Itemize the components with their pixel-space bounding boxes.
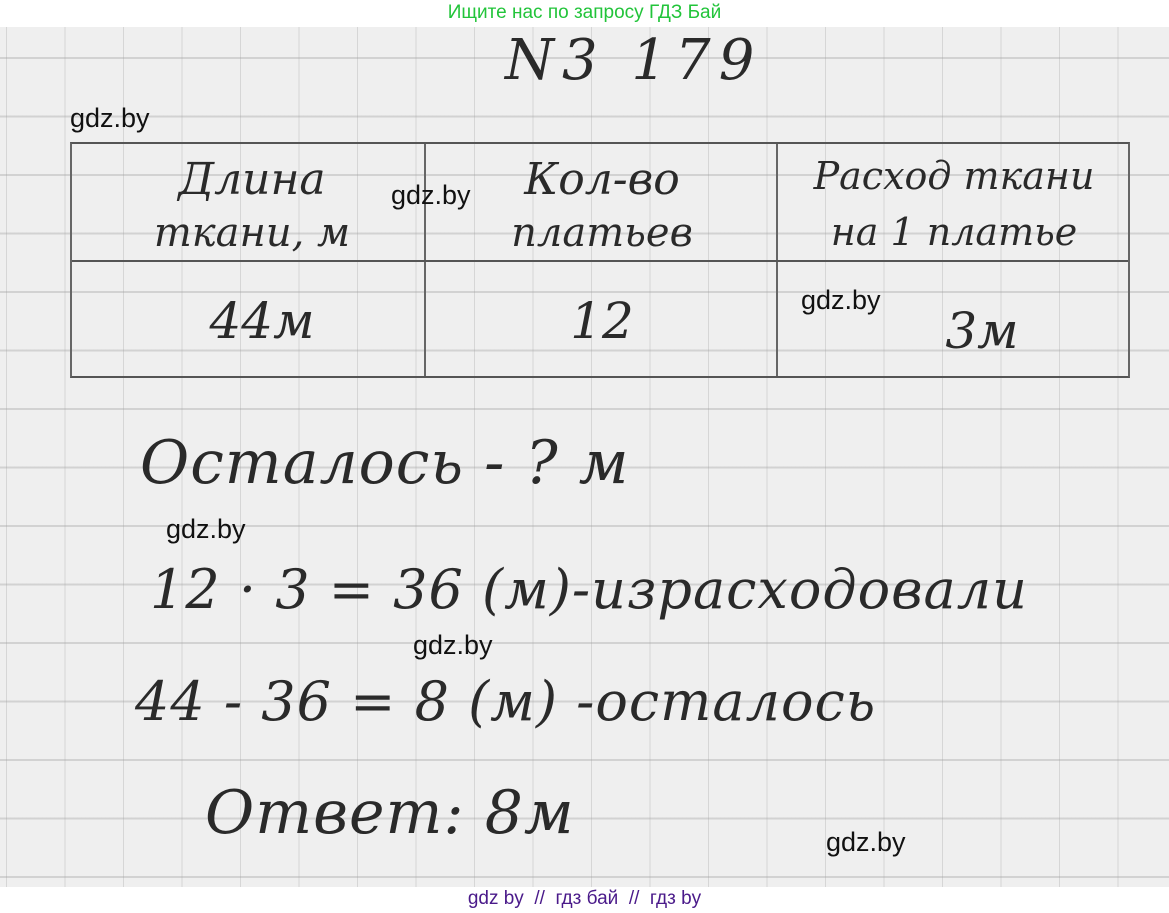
header-count-line1: Кол-во bbox=[442, 154, 762, 205]
header-length-line2: ткани, м bbox=[92, 210, 412, 256]
solution-step-2: 44 - 36 = 8 (м) -осталось bbox=[135, 670, 876, 733]
header-usage-line1: Расход ткани bbox=[784, 154, 1124, 198]
question-text: Осталось - ? м bbox=[140, 428, 629, 498]
watermark: gdz.by bbox=[166, 514, 246, 544]
header-count-line2: платьев bbox=[442, 210, 762, 256]
header-length-line1: Длина bbox=[92, 154, 412, 205]
watermark: gdz.by bbox=[391, 180, 471, 210]
bottom-banner: gdz by // гдз бай // гдз by bbox=[0, 887, 1169, 913]
table-row-divider bbox=[72, 260, 1128, 262]
value-length: 44м bbox=[132, 292, 392, 350]
watermark: gdz.by bbox=[70, 103, 150, 133]
header-usage-line2: на 1 платье bbox=[784, 210, 1124, 254]
answer-text: Ответ: 8м bbox=[205, 778, 575, 848]
value-usage: 3м bbox=[852, 302, 1112, 360]
data-table: Длина ткани, м Кол-во платьев Расход тка… bbox=[70, 142, 1130, 378]
solution-step-1: 12 · 3 = 36 (м)-израсходовали bbox=[150, 558, 1028, 621]
value-count: 12 bbox=[472, 292, 732, 350]
top-banner: Ищите нас по запросу ГДЗ Бай bbox=[0, 0, 1169, 27]
watermark: gdz.by bbox=[801, 285, 881, 315]
watermark: gdz.by bbox=[413, 630, 493, 660]
watermark: gdz.by bbox=[826, 827, 906, 857]
problem-number: N3 179 bbox=[505, 28, 762, 93]
